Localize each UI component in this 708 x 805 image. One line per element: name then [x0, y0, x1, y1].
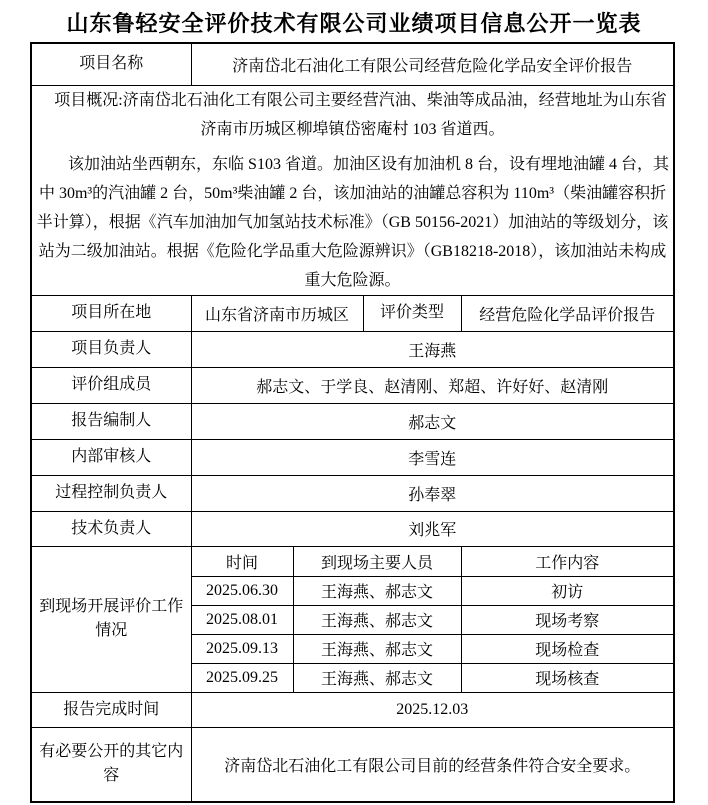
other-content-value: 济南岱北石油化工有限公司目前的经营条件符合安全要求。: [191, 727, 674, 802]
site-visit-work: 现场考察: [461, 605, 674, 634]
project-info-table: 项目名称 济南岱北石油化工有限公司经营危险化学品安全评价报告 项目概况:济南岱北…: [30, 42, 675, 803]
table-row: 过程控制负责人 孙奉翠: [31, 475, 674, 511]
project-location-label: 项目所在地: [31, 295, 191, 331]
site-visit-time: 2025.09.13: [191, 634, 293, 663]
other-content-label: 有必要公开的其它内容: [31, 727, 191, 802]
report-writer-label: 报告编制人: [31, 403, 191, 439]
table-row: 内部审核人 李雪连: [31, 439, 674, 475]
process-controller-value: 孙奉翠: [191, 475, 674, 511]
site-visit-personnel: 王海燕、郝志文: [293, 663, 461, 692]
eval-team-value: 郝志文、于学良、赵清刚、郑超、许好好、赵清刚: [191, 367, 674, 403]
table-row: 有必要公开的其它内容 济南岱北石油化工有限公司目前的经营条件符合安全要求。: [31, 727, 674, 802]
project-overview-cell: 项目概况:济南岱北石油化工有限公司主要经营汽油、柴油等成品油，经营地址为山东省济…: [31, 85, 674, 295]
table-row: 技术负责人 刘兆军: [31, 511, 674, 546]
eval-type-value: 经营危险化学品评价报告: [461, 295, 674, 331]
internal-reviewer-label: 内部审核人: [31, 439, 191, 475]
table-row: 项目所在地 山东省济南市历城区 评价类型 经营危险化学品评价报告: [31, 295, 674, 331]
project-name-value: 济南岱北石油化工有限公司经营危险化学品安全评价报告: [191, 43, 674, 85]
site-visit-personnel: 王海燕、郝志文: [293, 634, 461, 663]
table-row: 报告完成时间 2025.12.03: [31, 692, 674, 727]
site-visit-personnel: 王海燕、郝志文: [293, 576, 461, 605]
technical-leader-value: 刘兆军: [191, 511, 674, 546]
site-visits-header-work: 工作内容: [461, 546, 674, 576]
eval-team-label: 评价组成员: [31, 367, 191, 403]
page-title: 山东鲁轻安全评价技术有限公司业绩项目信息公开一览表: [0, 7, 708, 38]
site-visit-work: 现场核查: [461, 663, 674, 692]
site-visits-label: 到现场开展评价工作情况: [31, 546, 191, 692]
process-controller-label: 过程控制负责人: [31, 475, 191, 511]
table-row: 项目负责人 王海燕: [31, 331, 674, 367]
eval-type-label: 评价类型: [363, 295, 461, 331]
table-row: 项目名称 济南岱北石油化工有限公司经营危险化学品安全评价报告: [31, 43, 674, 85]
site-visits-header-time: 时间: [191, 546, 293, 576]
report-completion-value: 2025.12.03: [191, 692, 674, 727]
technical-leader-label: 技术负责人: [31, 511, 191, 546]
table-row: 报告编制人 郝志文: [31, 403, 674, 439]
document-page: 山东鲁轻安全评价技术有限公司业绩项目信息公开一览表 项目名称 济南岱北石油化工有…: [0, 0, 708, 805]
project-location-value: 山东省济南市历城区: [191, 295, 363, 331]
site-visit-work: 现场检查: [461, 634, 674, 663]
report-writer-value: 郝志文: [191, 403, 674, 439]
report-completion-label: 报告完成时间: [31, 692, 191, 727]
table-row: 项目概况:济南岱北石油化工有限公司主要经营汽油、柴油等成品油，经营地址为山东省济…: [31, 85, 674, 295]
project-leader-value: 王海燕: [191, 331, 674, 367]
site-visit-time: 2025.08.01: [191, 605, 293, 634]
site-visit-personnel: 王海燕、郝志文: [293, 605, 461, 634]
site-visit-time: 2025.06.30: [191, 576, 293, 605]
overview-paragraph-1: 项目概况:济南岱北石油化工有限公司主要经营汽油、柴油等成品油，经营地址为山东省济…: [36, 86, 669, 144]
table-row: 评价组成员 郝志文、于学良、赵清刚、郑超、许好好、赵清刚: [31, 367, 674, 403]
project-leader-label: 项目负责人: [31, 331, 191, 367]
site-visit-work: 初访: [461, 576, 674, 605]
overview-paragraph-2: 该加油站坐西朝东，东临 S103 省道。加油区设有加油机 8 台，设有埋地油罐 …: [36, 150, 669, 295]
internal-reviewer-value: 李雪连: [191, 439, 674, 475]
site-visits-header-personnel: 到现场主要人员: [293, 546, 461, 576]
project-name-label: 项目名称: [31, 43, 191, 85]
site-visit-time: 2025.09.25: [191, 663, 293, 692]
site-visits-header-row: 到现场开展评价工作情况 时间 到现场主要人员 工作内容: [31, 546, 674, 576]
